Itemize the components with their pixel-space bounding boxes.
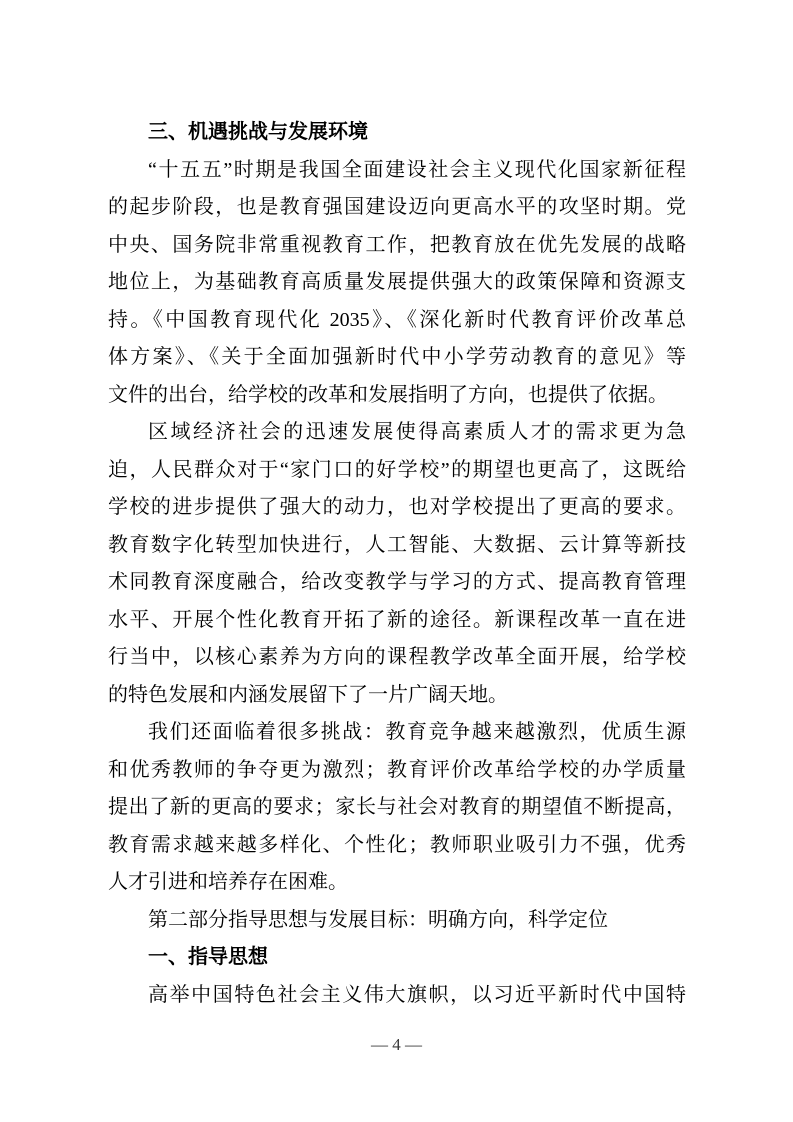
part-title-line: 第二部分指导思想与发展目标：明确方向，科学定位	[108, 902, 686, 940]
paragraph-line: 提出了新的更高的要求；家长与社会对教育的期望值不断提高，	[108, 789, 686, 827]
paragraph-line: 和优秀教师的争夺更为激烈；教育评价改革给学校的办学质量	[108, 752, 686, 790]
paragraph-line: 的起步阶段，也是教育强国建设迈向更高水平的攻坚时期。党	[108, 189, 686, 227]
page-number: — 4 —	[0, 1033, 793, 1057]
paragraph-line: 体方案》、《关于全面加强新时代中小学劳动教育的意见》等	[108, 339, 686, 377]
paragraph-line: 行当中，以核心素养为方向的课程教学改革全面开展，给学校	[108, 639, 686, 677]
section-heading-guiding-ideology: 一、指导思想	[108, 939, 686, 977]
paragraph-line: 学校的进步提供了强大的动力，也对学校提出了更高的要求。	[108, 489, 686, 527]
paragraph-line: 持。《中国教育现代化 2035》、《深化新时代教育评价改革总	[108, 302, 686, 340]
document-body: 三、机遇挑战与发展环境 “十五五”时期是我国全面建设社会主义现代化国家新征程 的…	[108, 114, 686, 1014]
document-page: 三、机遇挑战与发展环境 “十五五”时期是我国全面建设社会主义现代化国家新征程 的…	[0, 0, 793, 1122]
section-heading-opportunities: 三、机遇挑战与发展环境	[108, 114, 686, 152]
paragraph-line: 的特色发展和内涵发展留下了一片广阔天地。	[108, 677, 686, 715]
paragraph-line: 教育需求越来越多样化、个性化；教师职业吸引力不强，优秀	[108, 827, 686, 865]
paragraph-line: 高举中国特色社会主义伟大旗帜，以习近平新时代中国特	[108, 977, 686, 1015]
paragraph-line: 教育数字化转型加快进行，人工智能、大数据、云计算等新技	[108, 527, 686, 565]
paragraph-line: 文件的出台，给学校的改革和发展指明了方向，也提供了依据。	[108, 377, 686, 415]
paragraph-line: 迫，人民群众对于“家门口的好学校”的期望也更高了，这既给	[108, 452, 686, 490]
paragraph-line: 我们还面临着很多挑战：教育竞争越来越激烈，优质生源	[108, 714, 686, 752]
paragraph-line: 地位上，为基础教育高质量发展提供强大的政策保障和资源支	[108, 264, 686, 302]
paragraph-line: 中央、国务院非常重视教育工作，把教育放在优先发展的战略	[108, 227, 686, 265]
paragraph-line: 区域经济社会的迅速发展使得高素质人才的需求更为急	[108, 414, 686, 452]
paragraph-line: 人才引进和培养存在困难。	[108, 864, 686, 902]
paragraph-line: 术同教育深度融合，给改变教学与学习的方式、提高教育管理	[108, 564, 686, 602]
paragraph-line: “十五五”时期是我国全面建设社会主义现代化国家新征程	[108, 152, 686, 190]
paragraph-line: 水平、开展个性化教育开拓了新的途径。新课程改革一直在进	[108, 602, 686, 640]
